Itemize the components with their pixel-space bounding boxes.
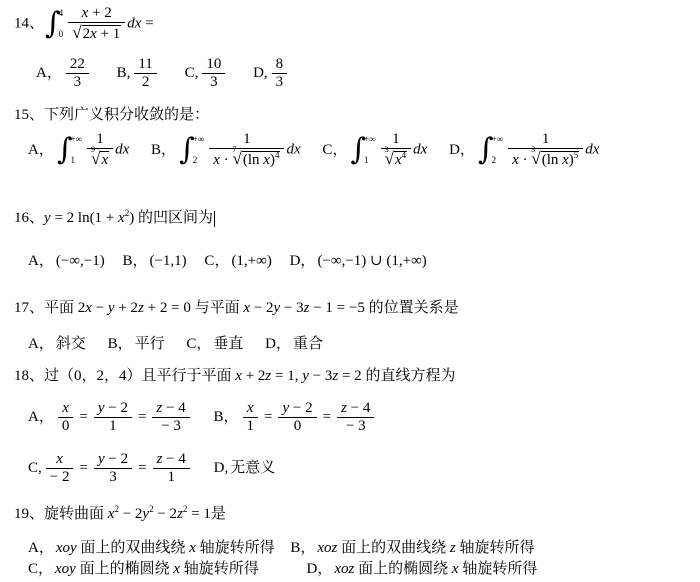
option-label: D， <box>449 142 475 158</box>
dx: dx <box>115 142 129 158</box>
question-18-options-row2: C,x− 2=y − 23=z − 41 D,无意义 <box>28 451 293 487</box>
option-label: B， <box>122 253 147 269</box>
integral: +∞1 <box>57 134 84 166</box>
equals-sign: = <box>138 460 146 476</box>
fraction: 83 <box>272 56 288 92</box>
surface-equation: x2 − 2y2 − 2z2 = 1 <box>108 506 211 522</box>
option-label: C， <box>28 561 53 577</box>
stem-text: 的凹区间为 <box>138 210 213 226</box>
text-cursor <box>214 211 216 227</box>
radical-index: 3 <box>385 145 389 154</box>
option-label: D， <box>307 561 333 577</box>
stem-text: 与平面 <box>191 300 244 316</box>
question-number: 14、 <box>14 16 44 32</box>
q14-option-a: A，223 <box>36 56 91 92</box>
fraction-denominator: 2x + 1 <box>68 22 125 43</box>
plane-equation-1: 2x − y + 2z + 2 = 0 <box>78 300 191 316</box>
q14-option-b: B,112 <box>117 56 159 92</box>
q15-option-c: C，+∞113x4dx <box>322 131 427 170</box>
fraction: 223 <box>66 56 89 92</box>
option-label: C， <box>322 142 347 158</box>
fraction: y − 20 <box>278 400 316 436</box>
option-text: (−∞,−1) ∪ (1,+∞) <box>317 253 426 269</box>
option-text: 重合 <box>293 336 323 352</box>
q17-option-c: C，垂直 <box>186 335 243 354</box>
integral: +∞1 <box>350 134 377 166</box>
option-label: D, <box>214 460 229 476</box>
q16-option-c: C，(1,+∞) <box>204 252 271 271</box>
option-label: A， <box>28 409 54 425</box>
fraction: 112 <box>134 56 156 92</box>
option-text: 垂直 <box>213 336 243 352</box>
stem-suffix: dx = <box>127 16 153 32</box>
option-text: xoy 面上的双曲线绕 x 轴旋转所得 <box>56 540 275 556</box>
stem-text: 是 <box>211 506 226 522</box>
document-page[interactable]: 14、40x + 22x + 1dx = A，223 B,112 C,103 D… <box>0 0 700 582</box>
question-number: 19、 <box>14 506 44 522</box>
q19-option-b: B，xoz 面上的双曲线绕 z 轴旋转所得 <box>290 539 534 558</box>
option-text: 斜交 <box>56 336 86 352</box>
q17-option-b: B，平行 <box>108 335 165 354</box>
q18-option-c: C,x− 2=y − 23=z − 41 <box>28 451 192 487</box>
q14-option-c: C,103 <box>185 56 228 92</box>
option-label: C， <box>186 336 211 352</box>
equals-sign: = <box>323 409 331 425</box>
q18-option-b: B，x1=y − 20=z − 4− 3 <box>213 400 376 436</box>
question-19-stem: 19、旋转曲面 x2 − 2y2 − 2z2 = 1是 <box>14 505 226 524</box>
question-16-stem: 16、y = 2 ln(1 + x2) 的凹区间为 <box>14 209 215 228</box>
question-16-options: A，(−∞,−1) B，(−1,1) C，(1,+∞) D，(−∞,−1) ∪ … <box>28 252 441 271</box>
option-text: 平行 <box>135 336 165 352</box>
option-label: A， <box>28 142 54 158</box>
question-18-stem: 18、过（0，2，4）且平行于平面 x + 2z = 1, y − 3z = 2… <box>14 367 455 386</box>
option-label: A， <box>28 336 54 352</box>
fraction: x0 <box>58 400 74 436</box>
fraction: 13x4 <box>381 131 412 170</box>
fraction: y − 23 <box>94 451 132 487</box>
question-19-options-row1: A，xoy 面上的双曲线绕 x 轴旋转所得 B，xoz 面上的双曲线绕 z 轴旋… <box>28 539 547 558</box>
radical-sign <box>72 23 81 42</box>
equals-sign: = <box>264 409 272 425</box>
option-label: B， <box>213 409 238 425</box>
dx: dx <box>413 142 427 158</box>
question-19-options-row2: C，xoy 面上的椭圆绕 x 轴旋转所得 D，xoz 面上的椭圆绕 x 轴旋转所… <box>28 560 549 579</box>
fraction: z − 4− 3 <box>337 400 374 436</box>
fraction: x1 <box>243 400 259 436</box>
q16-option-b: B，(−1,1) <box>122 252 186 271</box>
fraction: 19x <box>87 131 113 170</box>
fraction: z − 4− 3 <box>152 400 189 436</box>
plane-equation-2: x − 2y − 3z − 1 = −5 <box>243 300 365 316</box>
fraction: 103 <box>202 56 225 92</box>
q18-option-a: A，x0=y − 21=z − 4− 3 <box>28 400 192 436</box>
stem-text: 过（0，2，4）且平行于平面 <box>44 368 235 384</box>
fraction: x + 22x + 1 <box>68 5 125 44</box>
option-label: A， <box>36 65 62 81</box>
question-number: 15、 <box>14 107 44 123</box>
radical: 7(ln x)4 <box>232 152 280 168</box>
option-label: A， <box>28 253 54 269</box>
question-number: 16、 <box>14 210 44 226</box>
option-text: xoy 面上的椭圆绕 x 轴旋转所得 <box>55 561 259 577</box>
option-text: xoz 面上的椭圆绕 x 轴旋转所得 <box>334 561 537 577</box>
option-label: A， <box>28 540 54 556</box>
integral: 40 <box>45 8 65 40</box>
fraction-numerator: x + 2 <box>68 5 125 22</box>
option-text: (1,+∞) <box>231 253 271 269</box>
q15-option-b: B，+∞21x · 7(ln x)4dx <box>151 131 301 170</box>
stem-math: y = 2 ln(1 + x2) <box>44 210 138 226</box>
question-18-options-row1: A，x0=y − 21=z − 4− 3 B，x1=y − 20=z − 4− … <box>28 400 394 436</box>
q19-option-d: D，xoz 面上的椭圆绕 x 轴旋转所得 <box>307 560 538 579</box>
equals-sign: = <box>79 460 87 476</box>
stem-text: 旋转曲面 <box>44 506 108 522</box>
q19-option-a: A，xoy 面上的双曲线绕 x 轴旋转所得 <box>28 539 275 558</box>
integral-upper-limit: 4 <box>59 9 64 18</box>
integral-lower-limit: 0 <box>59 30 64 39</box>
question-number: 18、 <box>14 368 44 384</box>
dx: dx <box>286 142 300 158</box>
fraction: y − 21 <box>94 400 132 436</box>
integral: +∞2 <box>478 134 505 166</box>
option-label: C， <box>204 253 229 269</box>
question-number: 17、 <box>14 300 44 316</box>
stem-text: 的直线方程为 <box>362 368 456 384</box>
stem-text: 平面 <box>44 300 78 316</box>
equals-sign: = <box>79 409 87 425</box>
option-label: B， <box>290 540 315 556</box>
q16-option-d: D，(−∞,−1) ∪ (1,+∞) <box>290 252 427 271</box>
option-label: D， <box>265 336 291 352</box>
integral: +∞2 <box>179 134 206 166</box>
option-label: D， <box>290 253 316 269</box>
q17-option-d: D，重合 <box>265 335 323 354</box>
radical: 9x <box>91 152 109 168</box>
fraction: 1x · 3(ln x)5 <box>508 131 583 170</box>
option-text: 无意义 <box>230 460 275 476</box>
option-text: xoz 面上的双曲线绕 z 轴旋转所得 <box>317 540 534 556</box>
question-17-options: A，斜交 B，平行 C，垂直 D，重合 <box>28 335 341 354</box>
question-14-stem: 14、40x + 22x + 1dx = <box>14 5 154 44</box>
q17-option-a: A，斜交 <box>28 335 86 354</box>
option-label: C, <box>28 460 42 476</box>
fraction: z − 41 <box>153 451 190 487</box>
q15-option-a: A，+∞119xdx <box>28 131 129 170</box>
option-label: C, <box>185 65 199 81</box>
q18-option-d: D,无意义 <box>214 459 276 478</box>
q19-option-c: C，xoy 面上的椭圆绕 x 轴旋转所得 <box>28 560 259 579</box>
question-17-stem: 17、平面 2x − y + 2z + 2 = 0 与平面 x − 2y − 3… <box>14 299 459 318</box>
question-15-options: A，+∞119xdx B，+∞21x · 7(ln x)4dx C，+∞113x… <box>28 131 617 170</box>
stem-text: 下列广义积分收敛的是： <box>44 107 209 123</box>
dx: dx <box>585 142 599 158</box>
option-label: D, <box>253 65 268 81</box>
option-label: B， <box>108 336 133 352</box>
fraction: 1x · 7(ln x)4 <box>209 131 284 170</box>
radical-index: 9 <box>91 145 95 154</box>
radical-index: 7 <box>232 145 236 154</box>
radical: 3x4 <box>385 152 408 168</box>
q15-option-d: D，+∞21x · 3(ln x)5dx <box>449 131 599 170</box>
option-text: (−∞,−1) <box>56 253 105 269</box>
option-label: B, <box>117 65 131 81</box>
plane-equations: x + 2z = 1, y − 3z = 2 <box>235 368 361 384</box>
radical-index: 3 <box>531 145 535 154</box>
question-14-options: A，223 B,112 C,103 D,83 <box>36 56 311 92</box>
radical: 3(ln x)5 <box>531 152 579 168</box>
radical: 2x + 1 <box>72 26 121 42</box>
equals-sign: = <box>138 409 146 425</box>
q14-option-d: D,83 <box>253 56 289 92</box>
q16-option-a: A，(−∞,−1) <box>28 252 105 271</box>
fraction: x− 2 <box>46 451 74 487</box>
question-15-stem: 15、下列广义积分收敛的是： <box>14 106 209 125</box>
option-label: B， <box>151 142 176 158</box>
option-text: (−1,1) <box>149 253 186 269</box>
stem-text: 的位置关系是 <box>365 300 459 316</box>
